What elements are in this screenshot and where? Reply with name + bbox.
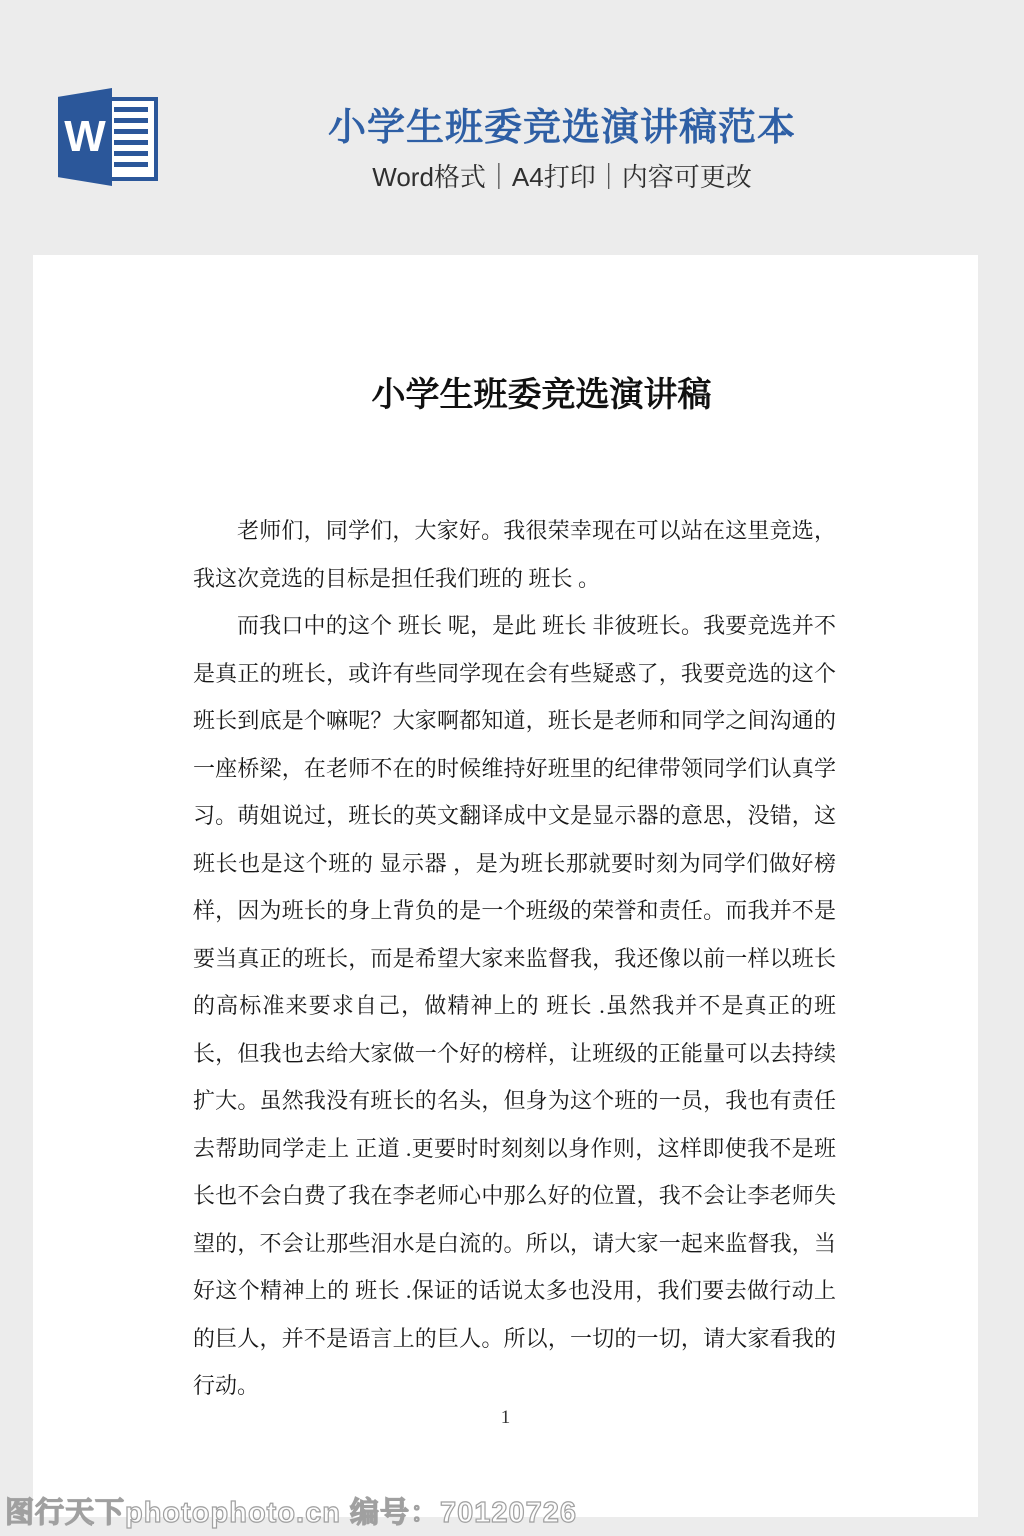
template-preview: W 小学生班委竞选演讲稿范本 Word格式｜A4打印｜内容可更改 小学生班委竞选… [0, 0, 1024, 1536]
template-subtitle: Word格式｜A4打印｜内容可更改 [100, 157, 1024, 194]
document-page: 小学生班委竞选演讲稿 老师们，同学们，大家好。我很荣幸现在可以站在这里竞选，我这… [33, 255, 978, 1517]
paragraph-1: 老师们，同学们，大家好。我很荣幸现在可以站在这里竞选，我这次竞选的目标是担任我们… [193, 507, 836, 602]
document-title: 小学生班委竞选演讲稿 [33, 367, 978, 416]
paragraph-2: 而我口中的这个 班长 呢，是此 班长 非彼班长。我要竞选并不是真正的班长，或许有… [193, 602, 836, 1410]
document-body: 老师们，同学们，大家好。我很荣幸现在可以站在这里竞选，我这次竞选的目标是担任我们… [193, 507, 836, 1410]
template-title: 小学生班委竞选演讲稿范本 [100, 96, 1024, 151]
page-number: 1 [33, 1407, 978, 1429]
site-watermark: 图行天下photophoto.cn 编号：70120726 [5, 1490, 577, 1531]
